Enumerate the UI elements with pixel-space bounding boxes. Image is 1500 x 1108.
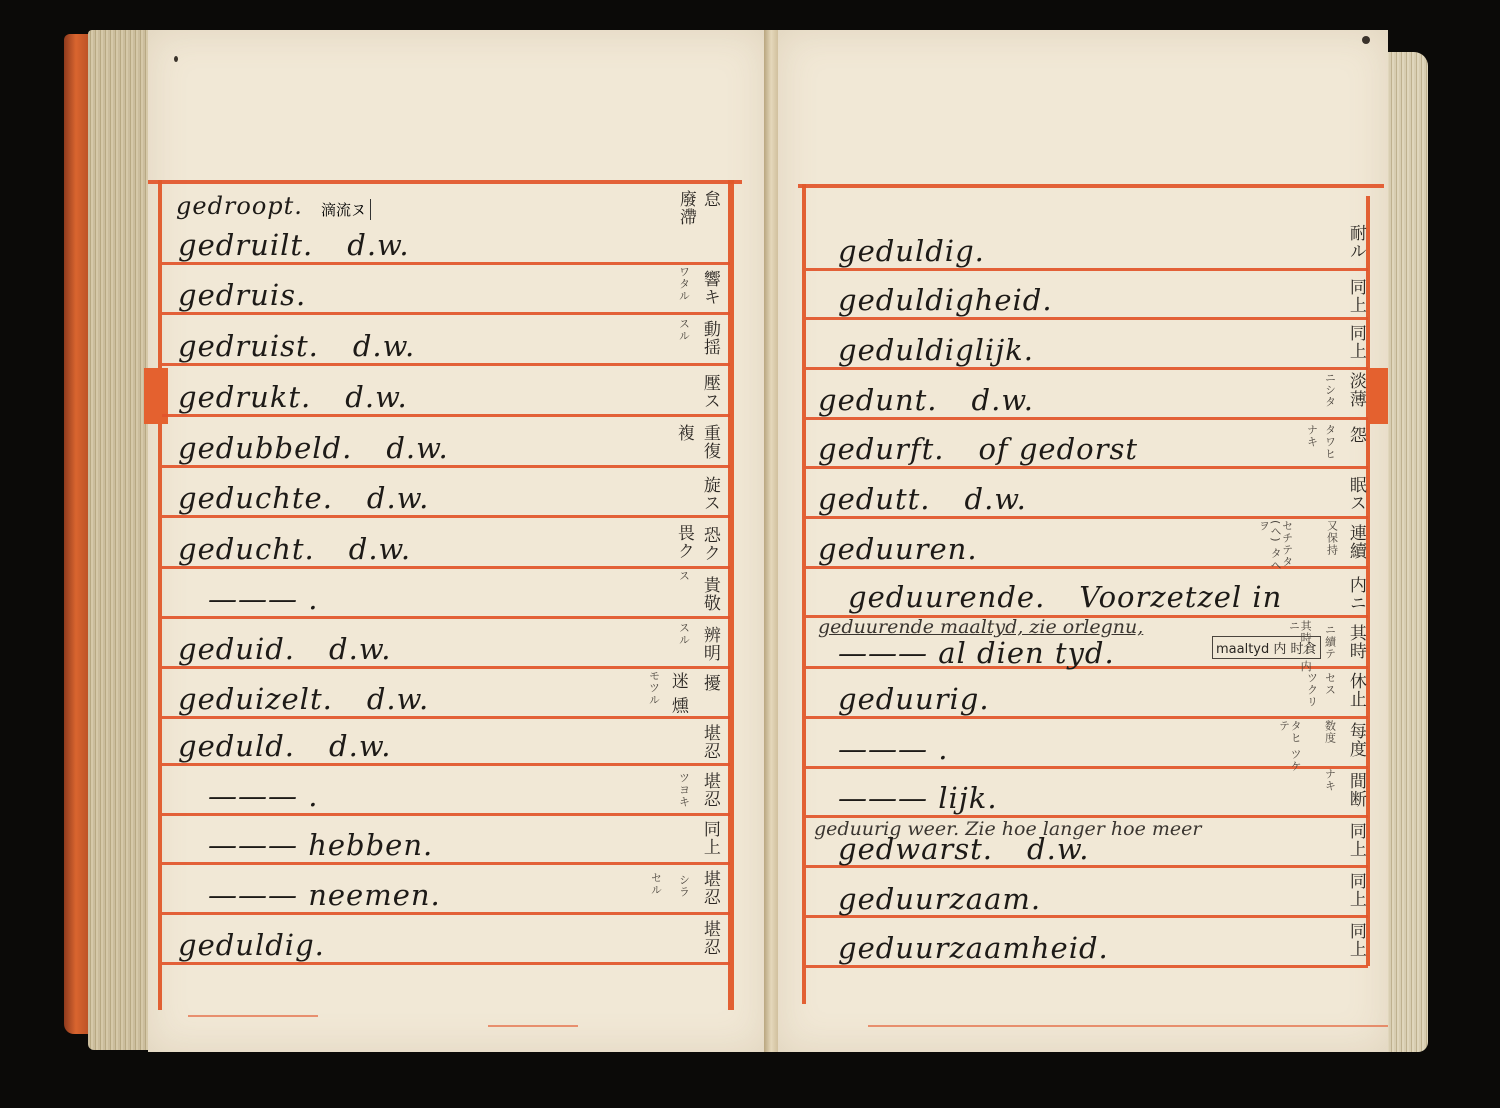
dictionary-entry: ——— lijk. [838, 779, 998, 815]
reading: ワタル [678, 266, 690, 302]
frame-left-rule [802, 184, 806, 1004]
row-rule [162, 515, 730, 518]
japanese-gloss: 壓ス [700, 374, 718, 410]
japanese-gloss: 堪忍 [700, 724, 718, 760]
row-rule [162, 862, 730, 865]
row-rule [806, 417, 1368, 420]
faint-rule [868, 1025, 1388, 1027]
row-rule [806, 317, 1368, 320]
reading: ニシタ [1324, 372, 1336, 408]
faint-rule [488, 1025, 578, 1027]
japanese-gloss: 貴敬 [700, 576, 718, 612]
left-page-block-edge [88, 30, 150, 1050]
row-rule [806, 268, 1368, 271]
japanese-gloss: 堪忍 [700, 772, 718, 808]
row-rule [806, 965, 1368, 968]
dictionary-entry: ——— neemen. [208, 876, 441, 912]
frame-right-rule [728, 180, 734, 1010]
row-rule [162, 312, 730, 315]
dictionary-entry: geduldig. [838, 232, 985, 268]
dictionary-entry: gedrukt.d.w. [178, 378, 408, 414]
frame-top-rule [798, 184, 1384, 188]
reading: ナキ [1324, 768, 1336, 792]
faint-rule [188, 1015, 318, 1017]
dictionary-entry: ——— . [838, 730, 948, 766]
header-note: gedroopt. 滴流ヌ [176, 184, 371, 220]
left-page: gedroopt. 滴流ヌ gedruilt.d.w. gedruis. ged… [148, 30, 766, 1052]
dictionary-entry: geduurig. [838, 680, 990, 716]
dictionary-entry: geduizelt.d.w. [178, 680, 429, 716]
row-rule [162, 363, 730, 366]
row-rule [162, 414, 730, 417]
japanese-gloss: 同上 [1346, 278, 1364, 314]
dictionary-entry: geduid.d.w. [178, 630, 391, 666]
dictionary-entry: geduld.d.w. [178, 727, 391, 763]
japanese-gloss: 重復 [700, 424, 718, 460]
japanese-gloss: 内ニ [1346, 576, 1364, 612]
frame-right-rule [1366, 196, 1370, 966]
reading-note: ナキ [1306, 424, 1318, 448]
ink-speck [174, 56, 178, 62]
row-rule [162, 912, 730, 915]
japanese-note: 畏ク [674, 524, 692, 560]
japanese-gloss: 其時 [1346, 624, 1364, 660]
japanese-gloss: 連續 [1346, 524, 1364, 560]
japanese-gloss: 同上 [1346, 922, 1364, 958]
reading: 又保持 [1326, 520, 1338, 556]
japanese-gloss: 恐ク [700, 526, 718, 562]
dictionary-entry: gedruis. [178, 276, 306, 312]
japanese-gloss: 眠ス [1346, 476, 1364, 512]
row-rule [162, 763, 730, 766]
japanese-gloss: 旋ス [700, 476, 718, 512]
row-rule [162, 616, 730, 619]
dictionary-entry: ——— al dien tyd. [838, 634, 1115, 670]
reading-note: タヒ ツケテ [1278, 720, 1301, 780]
dictionary-entry: gedunt.d.w. [818, 381, 1034, 417]
japanese-gloss: 同上 [1346, 822, 1364, 858]
japanese-gloss: 每度 [1346, 722, 1364, 758]
dictionary-entry: geduchte.d.w. [178, 479, 429, 515]
japanese-gloss: 怠 [700, 190, 718, 208]
right-page: geduldig. geduldigheid. geduldiglijk. ge… [778, 30, 1388, 1052]
row-rule [162, 465, 730, 468]
reading: スル [678, 622, 690, 646]
japanese-gloss: 同上 [1346, 324, 1364, 360]
reading: スル [678, 318, 690, 342]
japanese-note: 廢滯 [676, 190, 694, 226]
dictionary-entry: gedubbeld.d.w. [178, 429, 449, 465]
row-rule [806, 466, 1368, 469]
reading-note: 其時ノ 内ニ [1288, 620, 1311, 680]
row-rule [162, 666, 730, 669]
japanese-note: 複 [674, 424, 692, 442]
reading-note: セル [650, 872, 662, 896]
row-rule [806, 516, 1368, 519]
row-rule [162, 813, 730, 816]
row-rule [162, 566, 730, 569]
japanese-note: 迷 燻 [668, 672, 686, 714]
japanese-gloss: 堪忍 [700, 920, 718, 956]
dictionary-entry: geduuren. [818, 530, 978, 566]
row-rule [162, 716, 730, 719]
dictionary-entry: geducht.d.w. [178, 530, 411, 566]
japanese-gloss: 淡薄 [1346, 372, 1364, 408]
dictionary-entry: gedruist.d.w. [178, 327, 415, 363]
dictionary-entry: geduldig. [178, 926, 325, 962]
japanese-gloss: 響キ [700, 270, 718, 306]
dictionary-entry: gedurft.of gedorst [818, 430, 1138, 466]
japanese-gloss: 間断 [1346, 772, 1364, 808]
reading-note: ツクリ [1306, 672, 1318, 708]
row-rule [162, 262, 730, 265]
japanese-gloss: 耐ル [1346, 224, 1364, 260]
dictionary-entry: gedutt.d.w. [818, 480, 1027, 516]
dictionary-entry: gedruilt.d.w. [178, 226, 410, 262]
dictionary-entry: ——— . [208, 580, 318, 616]
ink-speck [1362, 36, 1370, 44]
japanese-gloss: 同上 [700, 820, 718, 856]
dictionary-entry: gedwarst.d.w. [838, 830, 1089, 866]
reading: シラ [678, 874, 690, 898]
japanese-gloss: 同上 [1346, 872, 1364, 908]
japanese-gloss: 堪忍 [700, 870, 718, 906]
dictionary-entry: geduurende.Voorzetzel in [848, 578, 1282, 614]
reading: タワヒ [1324, 424, 1336, 460]
right-page-block-edge [1384, 52, 1428, 1052]
row-rule [162, 962, 730, 965]
red-tab-mark [1370, 368, 1388, 424]
japanese-gloss: 動揺 [700, 320, 718, 356]
dictionary-entry: geduurzaam. [838, 880, 1041, 916]
japanese-gloss: 休止 [1346, 672, 1364, 708]
reading-note: セチテタ (ヘ) タヘヲ [1258, 520, 1293, 580]
open-book: gedroopt. 滴流ヌ gedruilt.d.w. gedruis. ged… [0, 0, 1500, 1108]
reading: セス [1324, 672, 1336, 696]
row-rule [806, 367, 1368, 370]
reading: 数度 [1324, 720, 1336, 744]
japanese-gloss: 辨明 [700, 626, 718, 662]
japanese-gloss: 怨 [1346, 426, 1364, 444]
dictionary-entry: geduldigheid. [838, 281, 1053, 317]
dictionary-entry: ——— . [208, 777, 318, 813]
reading: ニ續テ [1324, 624, 1336, 660]
reading: ス [678, 570, 690, 582]
japanese-gloss: 擾 [700, 674, 718, 692]
frame-left-rule [158, 180, 162, 1010]
dictionary-entry: ——— hebben. [208, 826, 433, 862]
reading: モツル [648, 670, 660, 706]
reading: ツヨキ [678, 772, 690, 808]
dictionary-entry: geduurzaamheid. [838, 929, 1109, 965]
row-rule [806, 716, 1368, 719]
dictionary-entry: geduldiglijk. [838, 331, 1034, 367]
